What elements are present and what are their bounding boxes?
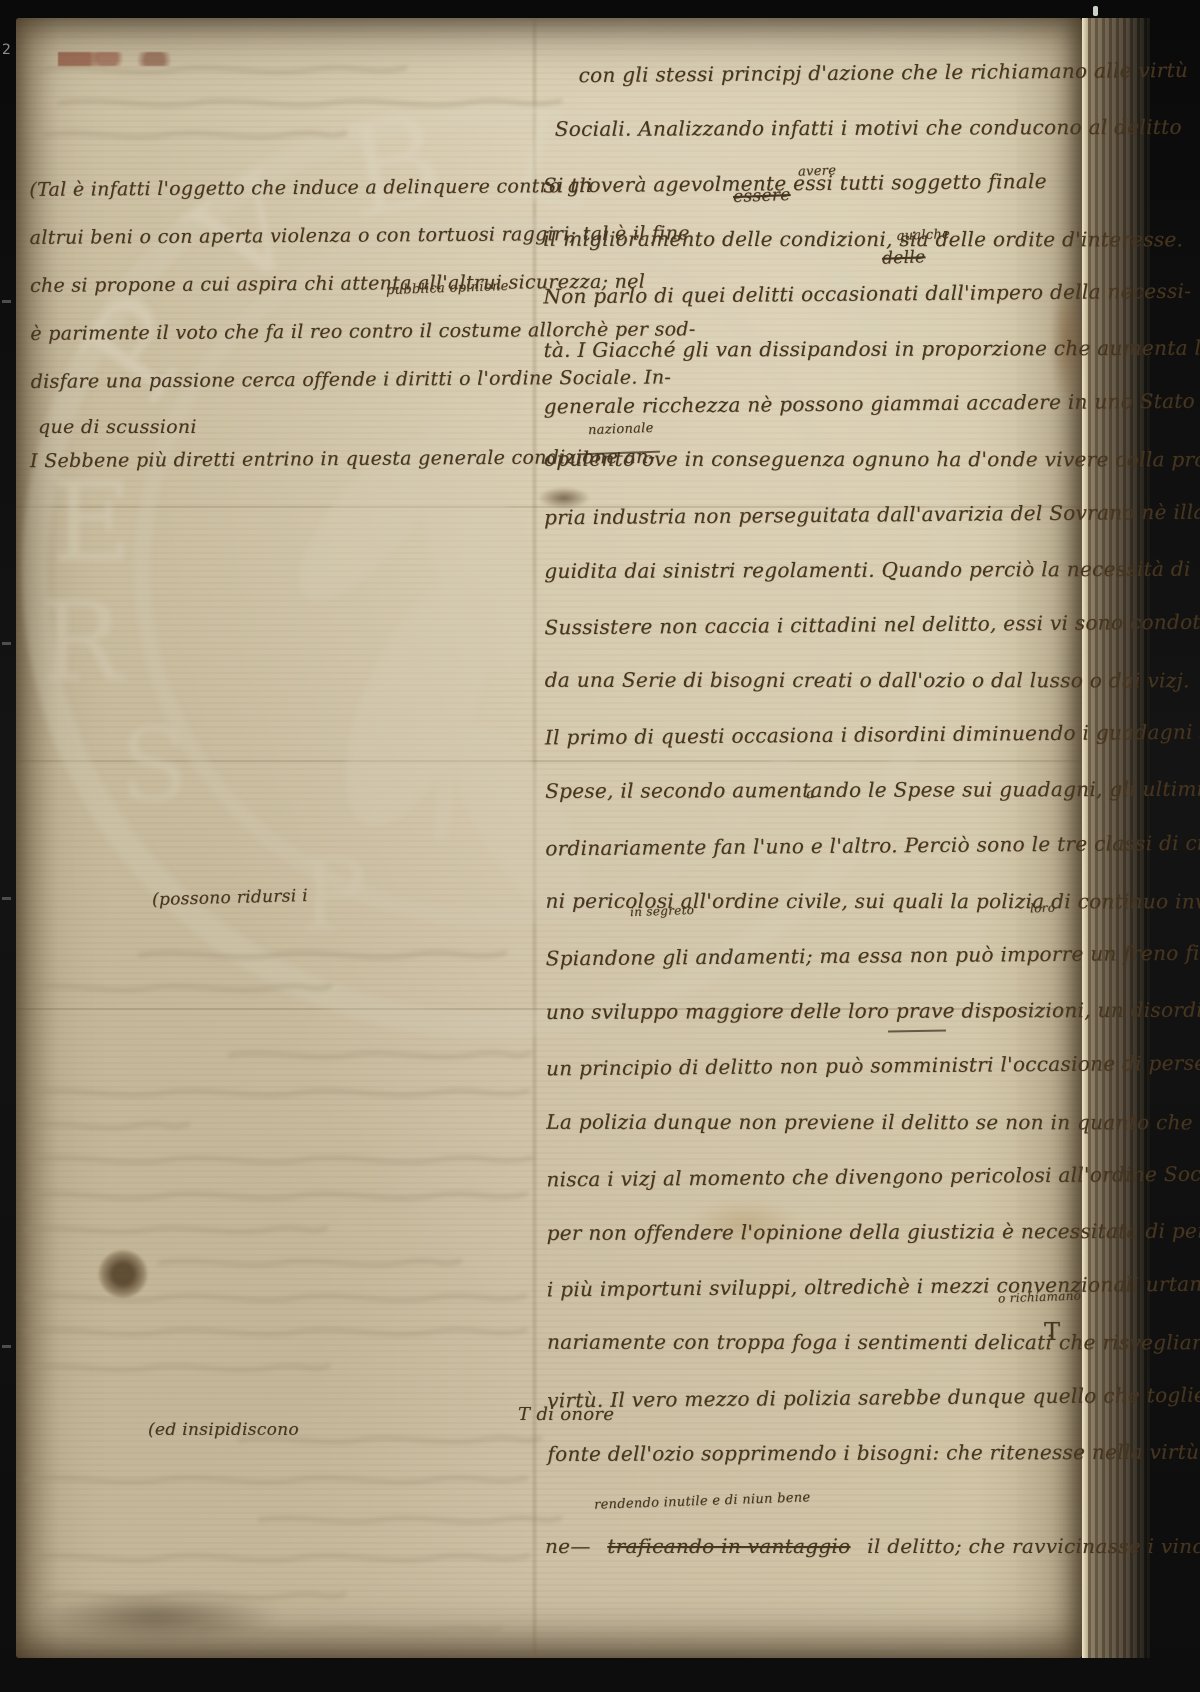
interline-insertion: o richiamano (998, 1289, 1082, 1306)
manuscript-last-line: ne— traficando in vantaggio il delitto; … (545, 1534, 1200, 1558)
margin-note-possono: (possono ridursi i (152, 886, 308, 910)
scanner-edge-mark (2, 1345, 11, 1348)
manuscript-line: per non offendere l'opinione della giust… (547, 1208, 1089, 1265)
manuscript-line: virtù. Il vero mezzo di polizia sarebbe … (547, 1372, 1089, 1432)
insertion-caret: T (1044, 1318, 1060, 1346)
manuscript-line: Spese, il secondo aumentando le Spese su… (545, 766, 1087, 823)
interline-insertion: nazionale (588, 421, 654, 438)
interline-insertion: loro (1030, 901, 1056, 916)
manuscript-line: ordinariamente fan l'uno e l'altro. Perc… (545, 820, 1087, 880)
manuscript-line: Spiandone gli andamenti; ma essa non può… (545, 931, 1087, 991)
manuscript-line: Sociali. Analizzando infatti i motivi ch… (555, 104, 1085, 161)
manuscript-line: Non parlo di quei delitti occasionati da… (543, 268, 1085, 328)
scanner-edge-mark (2, 642, 11, 645)
last-line-end: il delitto; che ravvicinasse i vincoli S… (867, 1534, 1200, 1558)
interline-insertion: a (806, 786, 815, 802)
manuscript-line: guidita dai sinistri regolamenti. Quando… (544, 546, 1086, 603)
manuscript-line: tà. I Giacché gli van dissipandosi in pr… (543, 325, 1085, 382)
crossed-out-word: traficando in vantaggio (607, 1534, 850, 1558)
bottom-edge-stain (36, 1594, 276, 1640)
manuscript-line: pria industria non perseguitata dall'ava… (544, 489, 1086, 549)
margin-note-insipidiscono: (ed insipidiscono (148, 1420, 299, 1440)
manuscript-line: nisca i vizj al momento che divengono pe… (546, 1151, 1088, 1211)
crossed-out-word: essere (733, 185, 791, 207)
ink-blot-stain (98, 1250, 148, 1298)
interline-insertion: qualche (896, 227, 951, 244)
manuscript-line: Sussistere non caccia i cittadini nel de… (544, 600, 1086, 660)
main-text-column: con gli stessi principj d'azione che le … (542, 49, 1089, 1486)
manuscript-line: altrui beni o con aperta violenza o con … (30, 214, 565, 266)
scanner-edge-mark (2, 300, 11, 303)
interline-insertion: in segreto (630, 903, 695, 919)
manuscript-line: La polizia dunque non previene il delitt… (546, 1098, 1088, 1154)
interline-insertion: avere (798, 163, 837, 179)
manuscript-line: il miglioramento delle condizioni, sia d… (543, 215, 1085, 271)
manuscript-line: nariamente con troppa foga i sentimenti … (547, 1319, 1089, 1375)
manuscript-line: Il primo di questi occasiona i disordini… (545, 710, 1087, 770)
manuscript-line: da una Serie di bisogni creati o dall'oz… (545, 657, 1087, 713)
manuscript-line: fonte dell'ozio sopprimendo i bisogni: c… (547, 1429, 1089, 1486)
manuscript-line: (Tal è infatti l'oggetto che induce a de… (29, 166, 564, 218)
manuscript-line: uno sviluppo maggiore delle loro prave d… (546, 987, 1088, 1044)
last-line-start: ne— (545, 1534, 591, 1558)
manuscript-line: ni pericolosi all'ordine civile, sui qua… (545, 878, 1087, 934)
manuscript-scan: PVBL E R S P (0, 0, 1200, 1692)
manuscript-line: disfare una passione cerca offende i dir… (31, 358, 566, 410)
scanner-edge-mark (2, 897, 11, 900)
manuscript-line: opulento ove in conseguenza ognuno ha d'… (544, 436, 1086, 492)
dust-speck (1093, 6, 1098, 16)
top-edge-specks (58, 52, 188, 66)
manuscript-line: è parimente il voto che fa il reo contro… (30, 310, 565, 362)
manuscript-line: con gli stessi principj d'azione che le … (578, 48, 1084, 108)
left-fragment-line: que di scussioni (38, 416, 197, 438)
folio-corner-mark: 2 (2, 42, 11, 58)
manuscript-line: un principio di delitto non può somminis… (546, 1041, 1088, 1101)
crossed-out-word: delle (882, 247, 926, 269)
